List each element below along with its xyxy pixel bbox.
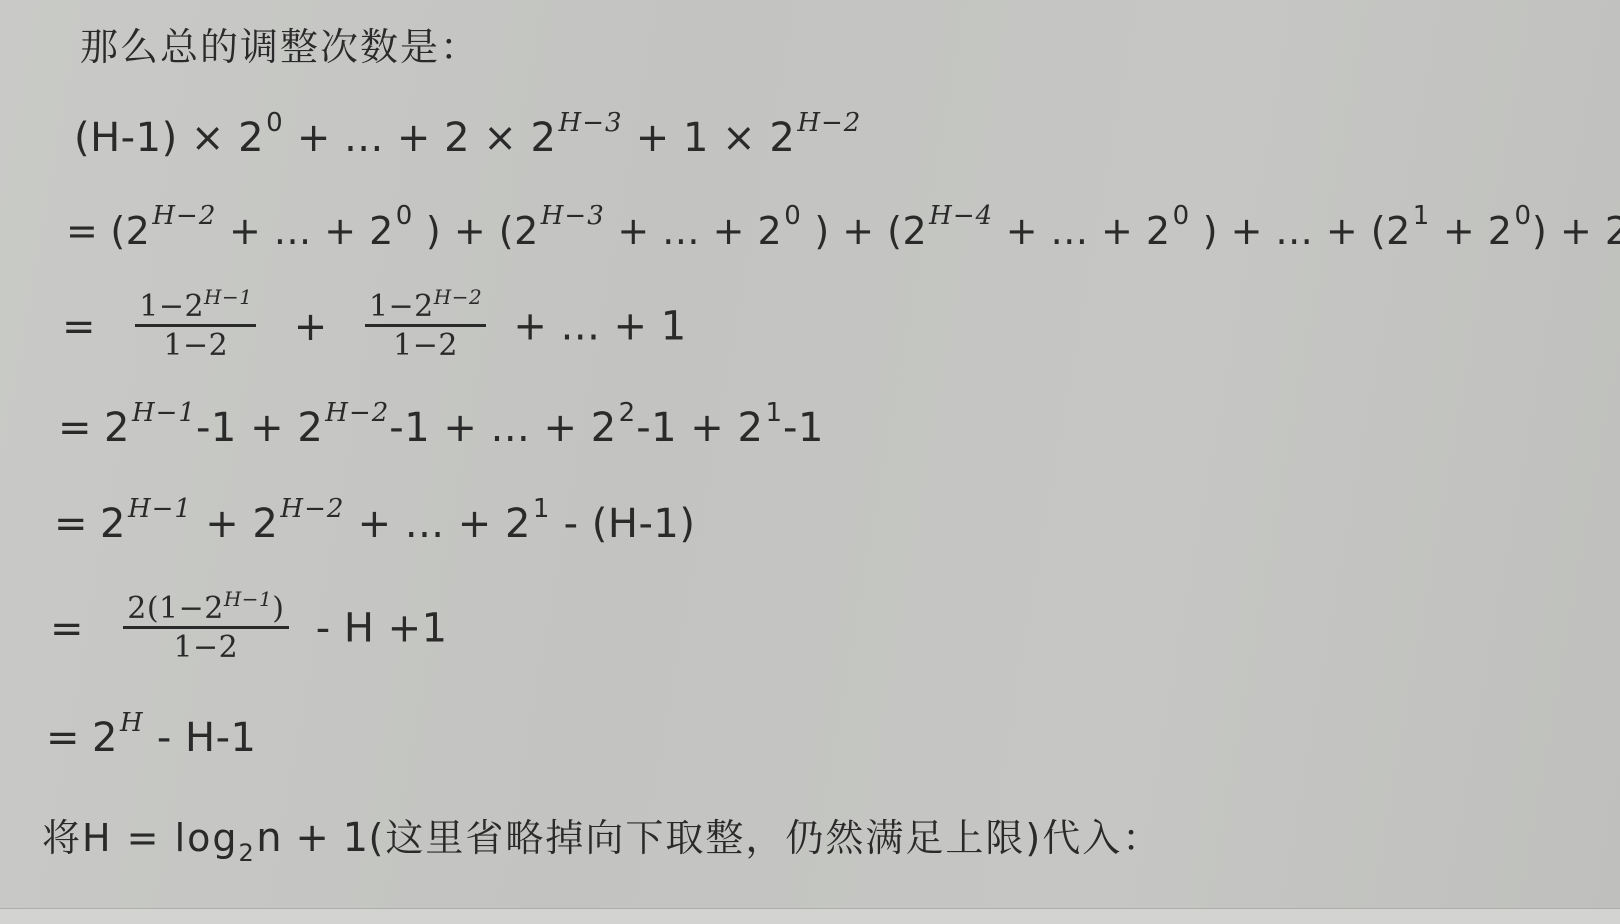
exponent: H−2	[280, 494, 344, 524]
page-bottom-edge	[0, 908, 1620, 924]
term: + ... + 2 × 2	[284, 115, 557, 161]
fraction-denominator: 1−2	[365, 327, 486, 361]
formula-line-4: =2H−1-1 + 2H−2-1 + ... + 22-1 + 21-1	[58, 408, 824, 448]
numerator-text: )	[272, 591, 284, 626]
formula-line-2: =(2H−2 + ... + 20 ) + (2H−3 + ... + 20 )…	[66, 212, 1620, 250]
term: + 2	[1430, 209, 1512, 253]
exponent: 0	[266, 108, 284, 138]
formula-line-7: =2H - H-1	[46, 718, 256, 758]
term: ) + 2	[1532, 209, 1620, 253]
term: -1 + 2	[636, 405, 763, 451]
fraction: 2(1−2H−1) 1−2	[123, 594, 288, 663]
exponent: H−4	[929, 201, 993, 231]
formula-line-5: =2H−1 + 2H−2 + ... + 21 - (H-1)	[54, 504, 695, 544]
exponent: 1	[765, 398, 783, 428]
term: + 1 × 2	[623, 115, 796, 161]
equals-sign: =	[50, 606, 84, 652]
term: + ... + 2	[605, 209, 782, 253]
exponent: H−1	[204, 285, 252, 309]
exponent: 0	[396, 201, 414, 231]
term: (2	[110, 209, 150, 253]
term: + ... + 2	[344, 501, 530, 547]
exponent: H−2	[325, 398, 389, 428]
exponent: H−1	[128, 494, 192, 524]
fraction-numerator: 1−2H−2	[365, 292, 486, 327]
term: n + 1	[256, 815, 368, 861]
equals-sign: =	[62, 304, 96, 350]
substitution-text: 将H = log2n + 1(这里省略掉向下取整，仍然满足上限)代入：	[42, 818, 1162, 858]
fraction-numerator: 1−2H−1	[135, 292, 256, 327]
term: 2	[92, 715, 118, 761]
substitution-note: (这里省略掉向下取整，仍然满足上限)代入：	[369, 816, 1163, 860]
textbook-page: 那么总的调整次数是： (H-1) × 20 + ... + 2 × 2H−3 +…	[0, 0, 1620, 908]
equals-sign: =	[54, 501, 88, 547]
term: - H +1	[316, 606, 448, 652]
fraction: 1−2H−2 1−2	[365, 292, 486, 361]
exponent: 0	[784, 201, 802, 231]
term: + 2	[192, 501, 278, 547]
log-base: 2	[239, 839, 255, 867]
equals-sign: =	[46, 715, 80, 761]
exponent: 2	[619, 398, 637, 428]
numerator-text: 1−2	[369, 289, 434, 324]
exponent: H−2	[434, 285, 482, 309]
exponent: H−1	[132, 398, 196, 428]
term: - H-1	[144, 715, 257, 761]
exponent: H−1	[224, 587, 272, 611]
numerator-text: 2(1−2	[127, 591, 224, 626]
equals-sign: =	[66, 209, 98, 253]
exponent: H−2	[152, 201, 216, 231]
term: + ... + 2	[216, 209, 393, 253]
term: -1 + ... + 2	[389, 405, 616, 451]
term: ) + (2	[802, 209, 927, 253]
exponent: H−3	[559, 108, 623, 138]
fraction-numerator: 2(1−2H−1)	[123, 594, 288, 629]
term: -1	[783, 405, 824, 451]
fraction-denominator: 1−2	[135, 327, 256, 361]
fraction: 1−2H−1 1−2	[135, 292, 256, 361]
numerator-text: 1−2	[139, 289, 204, 324]
formula-line-3: = 1−2H−1 1−2 + 1−2H−2 1−2 + ... + 1	[62, 292, 687, 361]
exponent: 0	[1173, 201, 1191, 231]
fraction-denominator: 1−2	[123, 629, 288, 663]
substitution-prefix: 将H = log	[42, 816, 239, 860]
term: - (H-1)	[550, 501, 695, 547]
term: -1 + 2	[196, 405, 323, 451]
term: ) + (2	[413, 209, 538, 253]
exponent: H	[120, 708, 144, 738]
term: ) + ... + (2	[1190, 209, 1411, 253]
exponent: 0	[1515, 201, 1533, 231]
term: + ... + 2	[993, 209, 1170, 253]
intro-label: 那么总的调整次数是：	[80, 25, 480, 69]
term: 2	[100, 501, 126, 547]
formula-line-6: = 2(1−2H−1) 1−2 - H +1	[50, 594, 448, 663]
term: 2	[104, 405, 130, 451]
term: + ... + 1	[513, 304, 686, 350]
plus-sign: +	[294, 304, 328, 350]
exponent: 1	[1413, 201, 1431, 231]
formula-line-1: (H-1) × 20 + ... + 2 × 2H−3 + 1 × 2H−2	[74, 118, 861, 158]
intro-text: 那么总的调整次数是：	[80, 28, 480, 66]
exponent: 1	[533, 494, 551, 524]
term: (H-1) × 2	[74, 115, 264, 161]
exponent: H−2	[797, 108, 861, 138]
equals-sign: =	[58, 405, 92, 451]
exponent: H−3	[541, 201, 605, 231]
